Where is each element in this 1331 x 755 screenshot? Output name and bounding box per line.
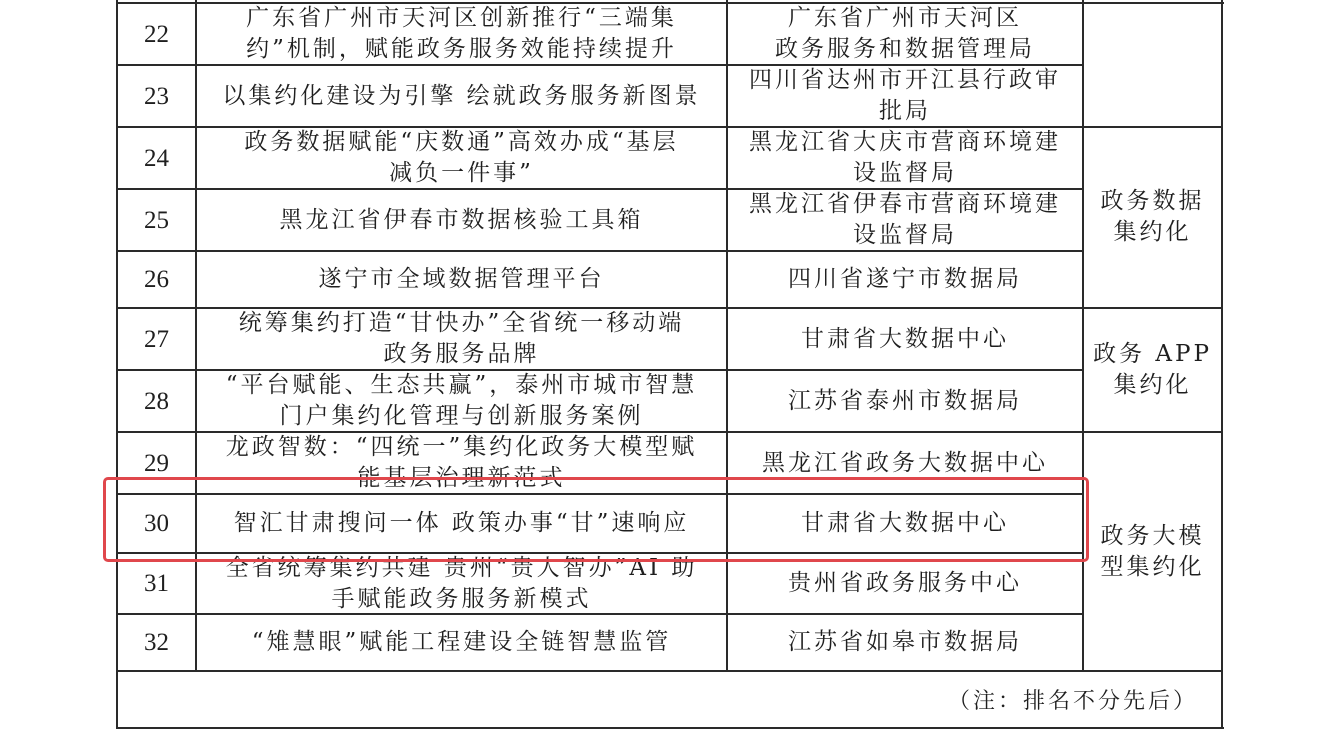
unit-name: 黑龙江省大庆市营商环境建 设监督局 bbox=[727, 127, 1083, 189]
row-divider bbox=[117, 493, 1083, 495]
column-divider bbox=[1082, 0, 1084, 671]
row-divider bbox=[117, 670, 1222, 672]
case-title: 智汇甘肃搜问一体 政策办事“甘”速响应 bbox=[196, 494, 727, 553]
unit-name-line: 贵州省政务服务中心 bbox=[788, 568, 1022, 599]
unit-name-line: 设监督局 bbox=[853, 158, 957, 189]
case-title-line: 能基层治理新范式 bbox=[358, 463, 566, 494]
unit-name-line: 甘肃省大数据中心 bbox=[801, 508, 1009, 539]
category-line: 集约化 bbox=[1114, 217, 1192, 248]
category-line: 型集约化 bbox=[1101, 552, 1205, 583]
unit-name-line: 黑龙江省伊春市营商环境建 bbox=[749, 189, 1061, 220]
row-number: 28 bbox=[117, 370, 196, 432]
case-title-line: 政务数据赋能“庆数通”高效办成“基层 bbox=[244, 127, 678, 158]
row-number: 32 bbox=[117, 614, 196, 671]
unit-name: 甘肃省大数据中心 bbox=[727, 494, 1083, 553]
case-title: 统筹集约打造“甘快办”全省统一移动端 政务服务品牌 bbox=[196, 308, 727, 370]
case-title-line: 政务服务品牌 bbox=[384, 339, 540, 370]
row-divider bbox=[117, 431, 1222, 433]
row-number: 26 bbox=[117, 251, 196, 308]
table-note: （注：排名不分先后） bbox=[117, 671, 1222, 728]
unit-name: 黑龙江省政务大数据中心 bbox=[727, 432, 1083, 494]
unit-name-line: 黑龙江省大庆市营商环境建 bbox=[749, 127, 1061, 158]
row-number: 25 bbox=[117, 189, 196, 251]
row-number: 30 bbox=[117, 494, 196, 553]
row-number: 27 bbox=[117, 308, 196, 370]
unit-name-line: 黑龙江省政务大数据中心 bbox=[762, 448, 1048, 479]
category-cell bbox=[1083, 3, 1222, 126]
case-title: 龙政智数：“四统一”集约化政务大模型赋 能基层治理新范式 bbox=[196, 432, 727, 494]
case-title-line: 减负一件事” bbox=[389, 158, 534, 189]
document-page: 22 广东省广州市天河区创新推行“三端集 约”机制，赋能政务服务效能持续提升 广… bbox=[0, 0, 1331, 755]
case-title-line: “平台赋能、生态共赢”，泰州市城市智慧 bbox=[226, 370, 698, 401]
row-divider bbox=[117, 369, 1083, 371]
unit-name: 四川省遂宁市数据局 bbox=[727, 251, 1083, 308]
case-title-line: 遂宁市全域数据管理平台 bbox=[319, 264, 605, 295]
case-title-line: “雉慧眼”赋能工程建设全链智慧监管 bbox=[252, 627, 672, 658]
row-divider bbox=[117, 307, 1222, 309]
row-number: 31 bbox=[117, 553, 196, 614]
unit-name: 江苏省如皋市数据局 bbox=[727, 614, 1083, 671]
case-title-line: 以集约化建设为引擎 绘就政务服务新图景 bbox=[222, 81, 700, 112]
case-title-line: 门户集约化管理与创新服务案例 bbox=[280, 401, 644, 432]
row-divider bbox=[117, 64, 1083, 66]
row-divider bbox=[117, 188, 1083, 190]
case-title: 政务数据赋能“庆数通”高效办成“基层 减负一件事” bbox=[196, 127, 727, 189]
unit-name-line: 广东省广州市天河区 bbox=[788, 3, 1022, 34]
case-title-line: 龙政智数：“四统一”集约化政务大模型赋 bbox=[226, 432, 698, 463]
unit-name-line: 四川省达州市开江县行政审 bbox=[749, 65, 1061, 96]
case-title-line: 约”机制，赋能政务服务效能持续提升 bbox=[246, 34, 677, 65]
unit-name-line: 江苏省泰州市数据局 bbox=[788, 386, 1022, 417]
category-line: 政务 APP bbox=[1093, 339, 1212, 370]
unit-name: 甘肃省大数据中心 bbox=[727, 308, 1083, 370]
case-title-line: 全省统筹集约共建 贵州“贵人智办”AI 助 bbox=[226, 553, 698, 584]
case-title-line: 广东省广州市天河区创新推行“三端集 bbox=[246, 3, 677, 34]
unit-name: 四川省达州市开江县行政审 批局 bbox=[727, 65, 1083, 127]
category-line: 集约化 bbox=[1114, 370, 1192, 401]
unit-name-line: 政务服务和数据管理局 bbox=[775, 34, 1035, 65]
row-number: 29 bbox=[117, 432, 196, 494]
case-title-line: 黑龙江省伊春市数据核验工具箱 bbox=[280, 205, 644, 236]
case-title-line: 智汇甘肃搜问一体 政策办事“甘”速响应 bbox=[234, 508, 690, 539]
category-line: 政务数据 bbox=[1101, 186, 1205, 217]
row-number: 22 bbox=[117, 3, 196, 65]
category-line: 政务大模 bbox=[1101, 521, 1205, 552]
row-divider bbox=[117, 552, 1083, 554]
case-title: “平台赋能、生态共赢”，泰州市城市智慧 门户集约化管理与创新服务案例 bbox=[196, 370, 727, 432]
category-cell: 政务数据 集约化 bbox=[1083, 126, 1222, 308]
case-title-line: 手赋能政务服务新模式 bbox=[332, 584, 592, 615]
case-title: 广东省广州市天河区创新推行“三端集 约”机制，赋能政务服务效能持续提升 bbox=[196, 3, 727, 65]
unit-name: 江苏省泰州市数据局 bbox=[727, 370, 1083, 432]
table-border bbox=[1083, 2, 1224, 4]
unit-name-line: 江苏省如皋市数据局 bbox=[788, 627, 1022, 658]
row-number: 24 bbox=[117, 127, 196, 189]
table-border bbox=[116, 0, 118, 729]
category-cell: 政务大模 型集约化 bbox=[1083, 432, 1222, 671]
unit-name: 黑龙江省伊春市营商环境建 设监督局 bbox=[727, 189, 1083, 251]
column-divider bbox=[195, 0, 197, 671]
unit-name-line: 四川省遂宁市数据局 bbox=[788, 264, 1022, 295]
unit-name: 广东省广州市天河区 政务服务和数据管理局 bbox=[727, 3, 1083, 65]
table-border bbox=[117, 727, 1224, 729]
table-border bbox=[117, 2, 1083, 4]
row-divider bbox=[117, 250, 1083, 252]
row-divider bbox=[117, 126, 1222, 128]
row-number: 23 bbox=[117, 65, 196, 127]
case-title: 遂宁市全域数据管理平台 bbox=[196, 251, 727, 308]
category-cell: 政务 APP 集约化 bbox=[1083, 308, 1222, 432]
table-border bbox=[1221, 0, 1223, 729]
unit-name-line: 甘肃省大数据中心 bbox=[801, 324, 1009, 355]
case-title: “雉慧眼”赋能工程建设全链智慧监管 bbox=[196, 614, 727, 671]
case-title: 全省统筹集约共建 贵州“贵人智办”AI 助 手赋能政务服务新模式 bbox=[196, 553, 727, 614]
column-divider bbox=[726, 0, 728, 671]
unit-name-line: 设监督局 bbox=[853, 220, 957, 251]
row-divider bbox=[117, 613, 1083, 615]
case-title: 以集约化建设为引擎 绘就政务服务新图景 bbox=[196, 65, 727, 127]
unit-name-line: 批局 bbox=[879, 96, 931, 127]
case-title-line: 统筹集约打造“甘快办”全省统一移动端 bbox=[239, 308, 685, 339]
case-title: 黑龙江省伊春市数据核验工具箱 bbox=[196, 189, 727, 251]
unit-name: 贵州省政务服务中心 bbox=[727, 553, 1083, 614]
